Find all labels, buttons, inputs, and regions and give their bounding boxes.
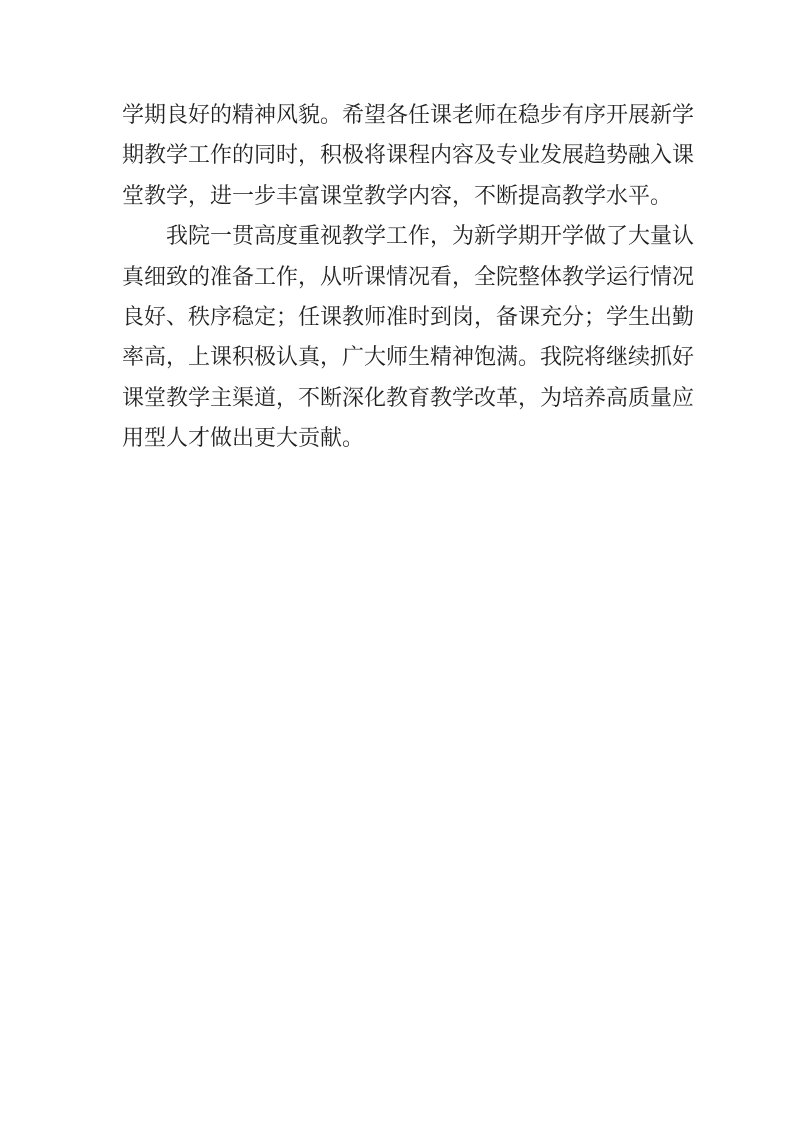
paragraph-continuation: 学期良好的精神风貌。希望各任课老师在稳步有序开展新学期教学工作的同时，积极将课程… xyxy=(122,95,694,216)
document-body: 学期良好的精神风貌。希望各任课老师在稳步有序开展新学期教学工作的同时，积极将课程… xyxy=(122,0,694,459)
paragraph-second: 我院一贯高度重视教学工作，为新学期开学做了大量认真细致的准备工作，从听课情况看，… xyxy=(122,216,694,458)
document-page: 学期良好的精神风貌。希望各任课老师在稳步有序开展新学期教学工作的同时，积极将课程… xyxy=(0,0,793,1122)
